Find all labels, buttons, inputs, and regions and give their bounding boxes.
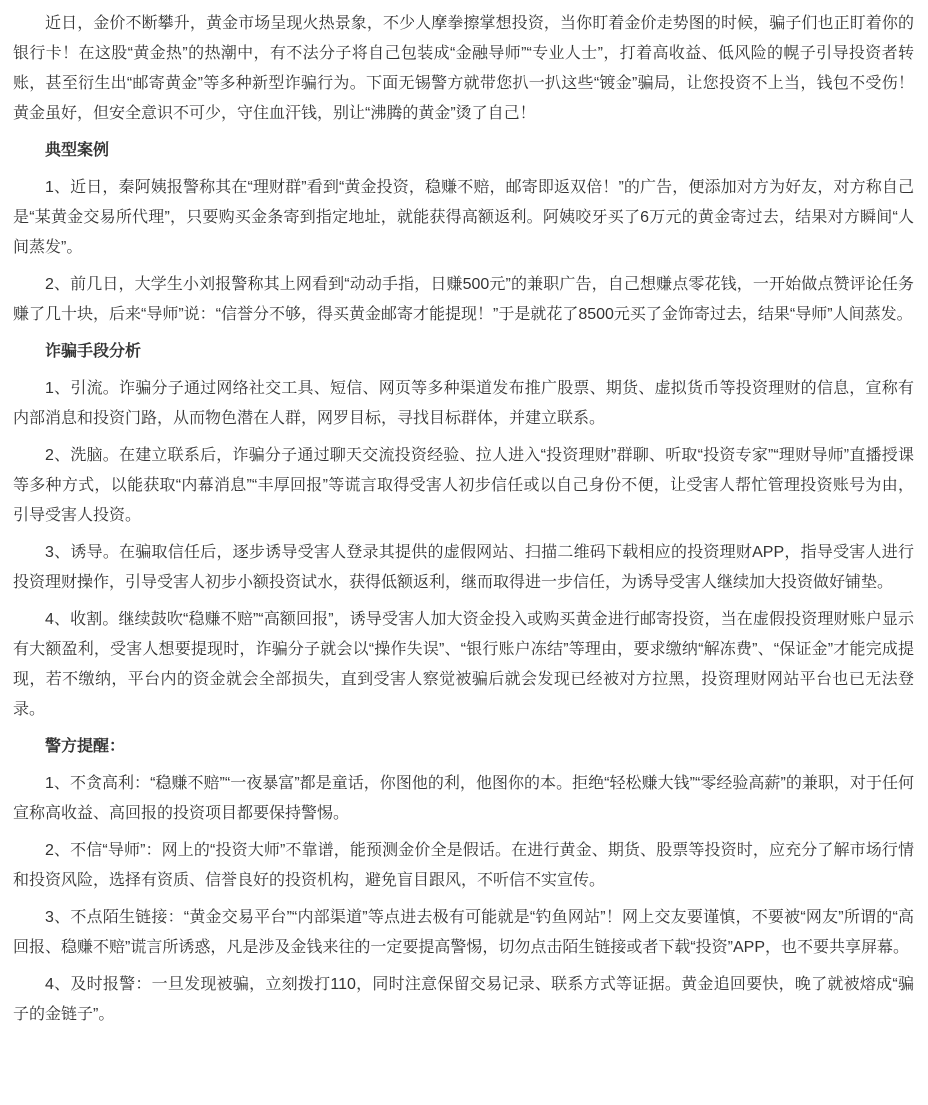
- section-heading-police-reminder: 警方提醒：: [13, 732, 914, 762]
- case-paragraph-1: 1、近日，秦阿姨报警称其在“理财群”看到“黄金投资，稳赚不赔，邮寄即返双倍！”的…: [13, 173, 914, 263]
- method-paragraph-2: 2、洗脑。在建立联系后，诈骗分子通过聊天交流投资经验、拉人进入“投资理财”群聊、…: [13, 441, 914, 531]
- reminder-paragraph-1: 1、不贪高利：“稳赚不赔”“一夜暴富”都是童话，你图他的利，他图你的本。拒绝“轻…: [13, 769, 914, 829]
- article-body: 近日，金价不断攀升，黄金市场呈现火热景象，不少人摩拳擦掌想投资，当你盯着金价走势…: [0, 0, 928, 1057]
- method-paragraph-3: 3、诱导。在骗取信任后，逐步诱导受害人登录其提供的虚假网站、扫描二维码下载相应的…: [13, 538, 914, 598]
- case-paragraph-2: 2、前几日，大学生小刘报警称其上网看到“动动手指，日赚500元”的兼职广告，自己…: [13, 270, 914, 330]
- method-paragraph-1: 1、引流。诈骗分子通过网络社交工具、短信、网页等多种渠道发布推广股票、期货、虚拟…: [13, 374, 914, 434]
- section-heading-scam-method-analysis: 诈骗手段分析: [13, 337, 914, 367]
- reminder-paragraph-4: 4、及时报警：一旦发现被骗，立刻拨打110，同时注意保留交易记录、联系方式等证据…: [13, 970, 914, 1030]
- section-heading-typical-cases: 典型案例: [13, 136, 914, 166]
- reminder-paragraph-2: 2、不信“导师”：网上的“投资大师”不靠谱，能预测金价全是假话。在进行黄金、期货…: [13, 836, 914, 896]
- intro-paragraph: 近日，金价不断攀升，黄金市场呈现火热景象，不少人摩拳擦掌想投资，当你盯着金价走势…: [13, 9, 914, 129]
- method-paragraph-4: 4、收割。继续鼓吹“稳赚不赔”“高额回报”，诱导受害人加大资金投入或购买黄金进行…: [13, 605, 914, 725]
- reminder-paragraph-3: 3、不点陌生链接：“黄金交易平台”“内部渠道”等点进去极有可能就是“钓鱼网站”！…: [13, 903, 914, 963]
